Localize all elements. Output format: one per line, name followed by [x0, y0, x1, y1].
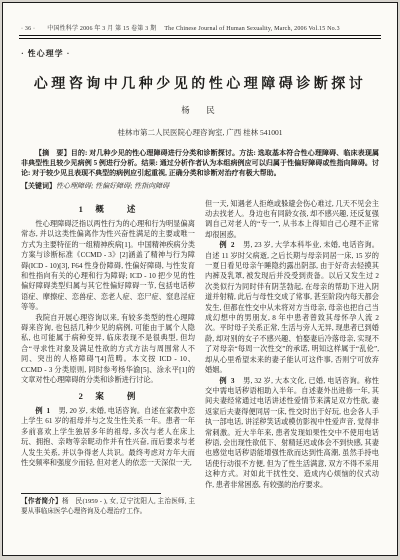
page-header: · 36 · 中国性科学 2006 年 3 月 第 15 卷第 3 期 The … — [19, 23, 381, 32]
section-heading-cases: 2 案 例 — [21, 391, 195, 401]
case3-paragraph: 例 3 男, 32 岁, 大本文化, 已婚, 电话咨询。称性交中需电话秽语相助入… — [205, 376, 379, 490]
case1-paragraph: 例 1 男, 20 岁, 未婚, 电话咨询。自述在家教中恋上学生 61 岁的祖母… — [21, 406, 195, 468]
article-title: 心理咨询中几种少见的性心理障碍诊断探讨 — [19, 73, 381, 93]
keywords: 【关键词】性心理障碍; 性偏好障碍; 性指向障碍 — [21, 181, 379, 191]
abstract-text: 目的: 对几种少见的性心理障碍进行分类和诊断探讨。方法: 选取基本符合性心理障碍… — [21, 149, 379, 177]
case2-paragraph: 例 2 男, 23 岁, 大学本科毕业, 未婚, 电话咨询。自述 11 岁时父病… — [205, 240, 379, 375]
abstract: 【摘 要】目的: 对几种少见的性心理障碍进行分类和诊断探讨。方法: 选取基本符合… — [21, 148, 379, 179]
case2-text: 男, 23 岁, 大学本科毕业, 未婚, 电话咨询。自述 11 岁时父病逝, 之… — [205, 241, 379, 374]
overview-paragraph-2: 我院自开展心理咨询以来, 有较多类型的性心理障碍来咨询, 也包括几种少见的病例,… — [21, 313, 195, 386]
author-name: 杨 民 — [19, 104, 381, 116]
journal-name-cn: 中国性科学 2006 年 3 月 第 15 卷第 3 期 — [47, 23, 156, 32]
keywords-label: 【关键词】 — [21, 182, 56, 190]
footnote-rule — [21, 493, 161, 494]
left-column: 1 概 述 性心理障碍泛指以两性行为的心理和行为明显偏离常态, 并以这类性偏离作… — [21, 199, 195, 517]
section-heading-overview: 1 概 述 — [21, 204, 195, 214]
journal-page: · 36 · 中国性科学 2006 年 3 月 第 15 卷第 3 期 The … — [2, 2, 398, 556]
journal-name-en: The Chinese Journal of Human Sexuality, … — [164, 26, 339, 32]
author-affiliation: 桂林市第二人民医院心理咨询室, 广西 桂林 541001 — [19, 127, 381, 138]
footnote-label: 【作者简介】 — [21, 498, 62, 505]
section-category-label: · 性心理学 · — [21, 48, 381, 59]
header-rule — [19, 35, 381, 39]
body-columns: 1 概 述 性心理障碍泛指以两性行为的心理和行为明显偏离常态, 并以这类性偏离作… — [19, 199, 381, 517]
case1-label: 例 1 — [35, 407, 51, 415]
abstract-label: 【摘 要】 — [35, 149, 71, 157]
right-column: 但一天, 知遇老人拒绝或躲避会伤心难过, 几天不见会主动去找老人。身边也有同龄女… — [205, 199, 379, 517]
case3-text: 男, 32 岁, 大本文化, 已婚, 电话咨询。称性交中需电话秽语相助入半年。自… — [205, 377, 379, 489]
case2-label: 例 2 — [219, 241, 235, 249]
author-bio-footnote: 【作者简介】杨 民(1959 - ), 女, 辽宁沈阳人, 主治医师, 主要从事… — [21, 490, 195, 516]
case3-label: 例 3 — [219, 377, 235, 385]
case1-continuation: 但一天, 知遇老人拒绝或躲避会伤心难过, 几天不见会主动去找老人。身边也有同龄女… — [205, 199, 379, 241]
case1-text: 男, 20 岁, 未婚, 电话咨询。自述在家教中恋上学生 61 岁的祖母并与之发… — [21, 407, 195, 467]
overview-paragraph-1: 性心理障碍泛指以两性行为的心理和行为明显偏离常态, 并以这类性偏离作为性兴奋性满… — [21, 219, 195, 313]
page-number: · 36 · — [21, 26, 35, 32]
keywords-text: 性心理障碍; 性偏好障碍; 性指向障碍 — [56, 182, 169, 190]
